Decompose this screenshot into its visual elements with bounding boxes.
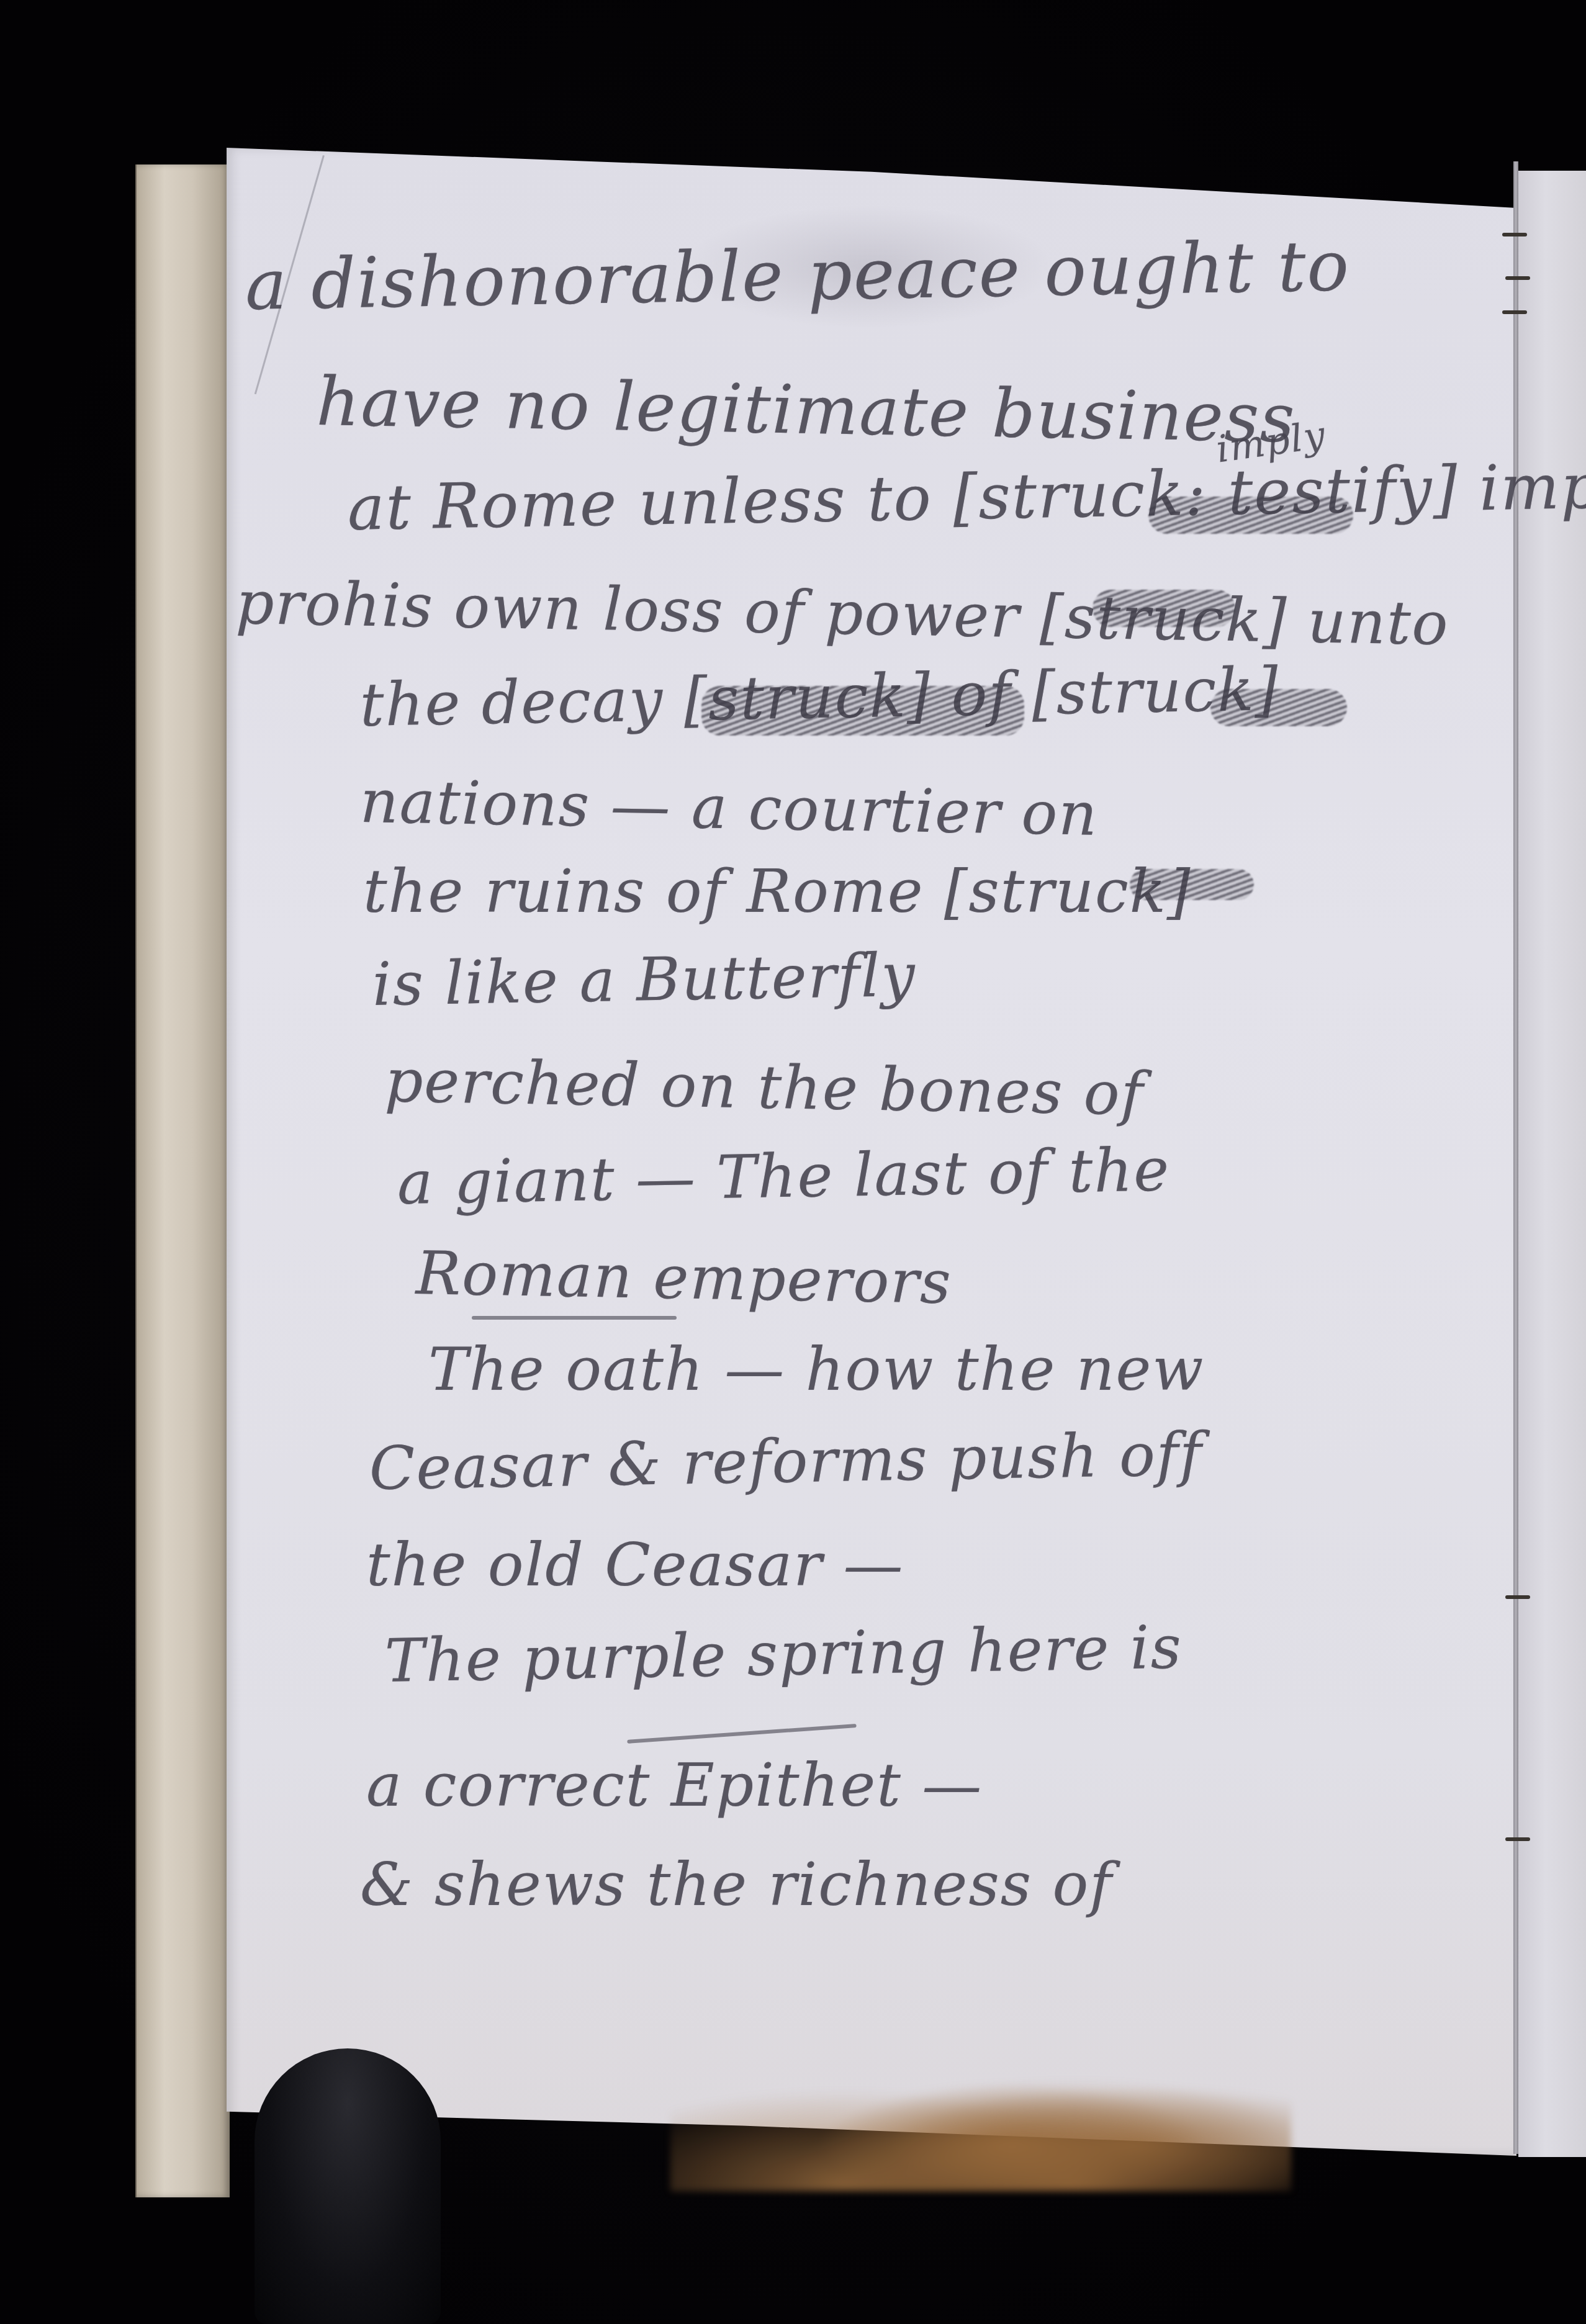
struck-through-word	[1130, 869, 1254, 900]
manuscript-line: a giant — The last of the	[397, 1135, 1171, 1218]
manuscript-line: is like a Butterfly	[372, 940, 917, 1019]
struck-through-word	[1210, 689, 1347, 726]
manuscript-line: perched on the bones of	[384, 1046, 1145, 1128]
underline-mark	[472, 1316, 677, 1320]
manuscript-line: Roman emperors	[415, 1238, 952, 1317]
manuscript-line: The purple spring here is	[384, 1613, 1183, 1696]
manuscript-line: the old Ceasar —	[366, 1530, 904, 1600]
manuscript-line: nations — a courtier on	[359, 767, 1099, 849]
binding-stitch	[1505, 1595, 1530, 1599]
struck-through-word	[1093, 590, 1235, 627]
manuscript-line: a correct Epithet —	[366, 1750, 983, 1820]
struck-through-word	[1148, 497, 1353, 534]
manuscript-line: The oath — how the new	[428, 1335, 1205, 1404]
struck-through-word	[701, 686, 1024, 736]
binding-stitch	[1502, 233, 1527, 236]
thumb-holding-page	[255, 2048, 441, 2324]
binding-stitch	[1505, 276, 1530, 280]
water-stain	[670, 2036, 1291, 2191]
binding-stitch	[1502, 310, 1527, 314]
binding-stitch	[1505, 1837, 1530, 1841]
manuscript-line: the ruins of Rome [struck]	[363, 857, 1191, 926]
vellum-binding-strip	[135, 164, 230, 2197]
manuscript-line: & shews the richness of	[360, 1850, 1113, 1919]
manuscript-line: Ceasar & reforms push off	[369, 1420, 1204, 1503]
